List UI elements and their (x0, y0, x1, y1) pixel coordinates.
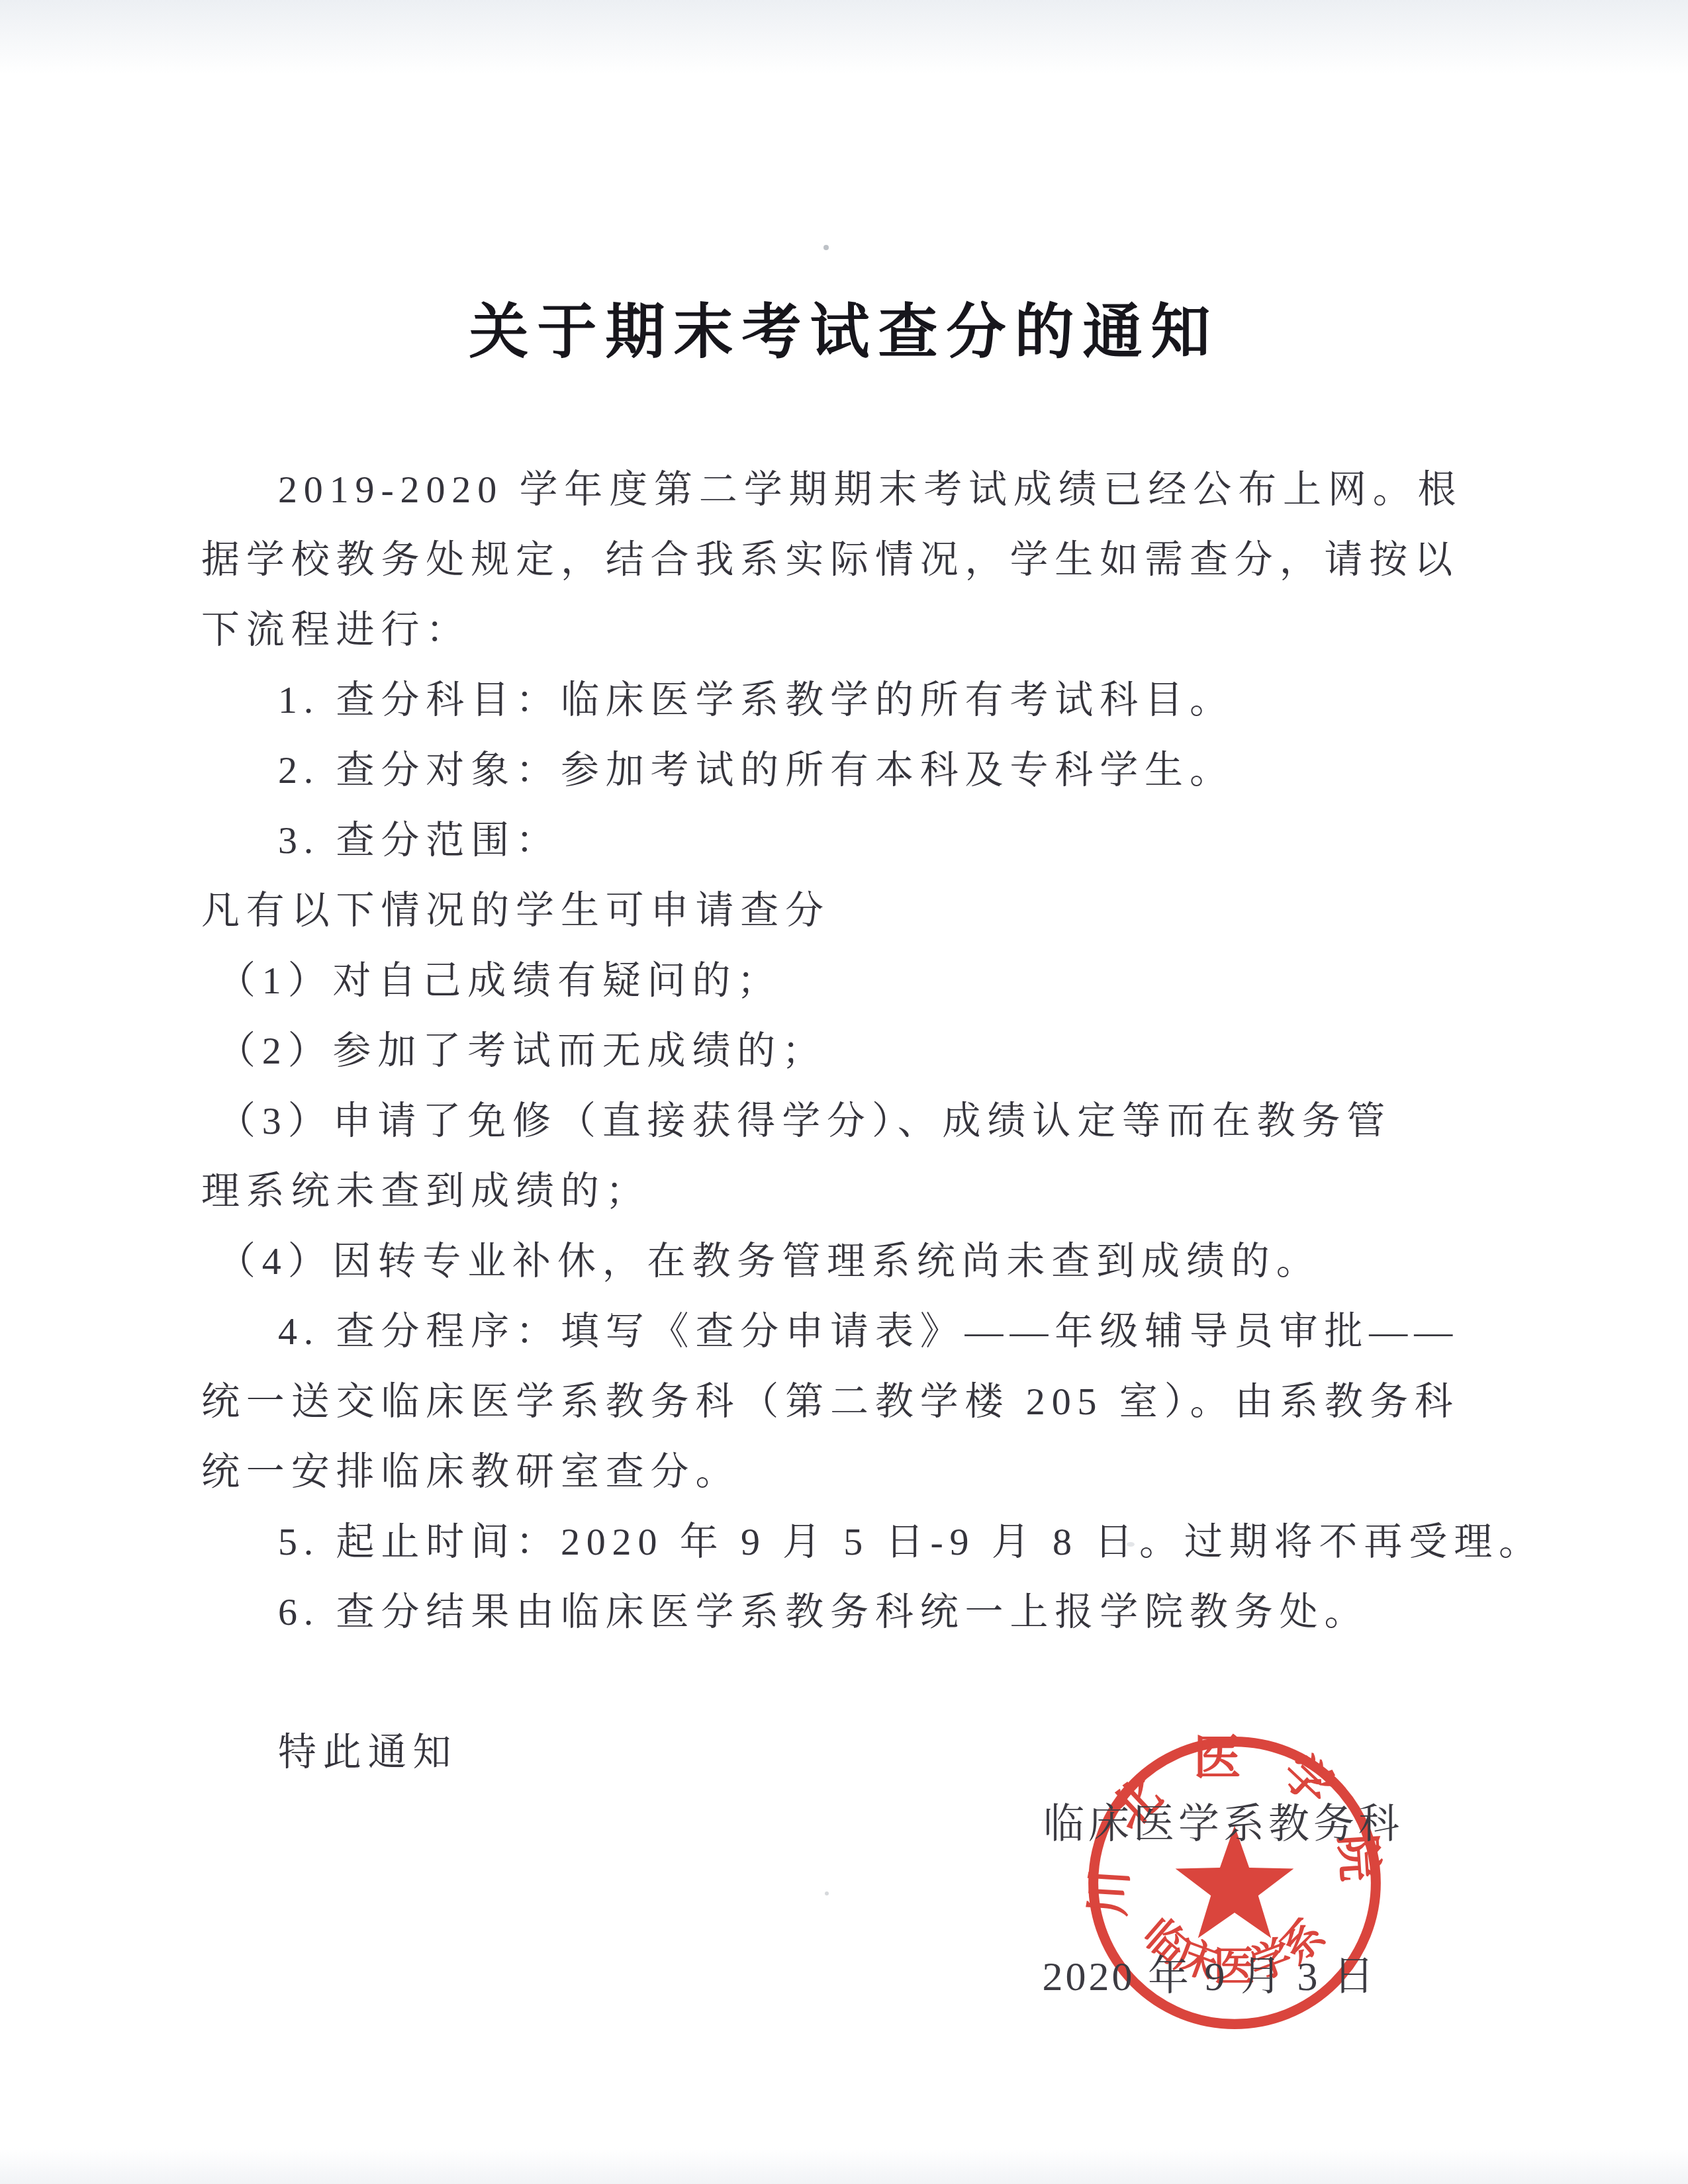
document-body: 2019-2020 学年度第二学期期末考试成绩已经公布上网。根 据学校教务处规定… (201, 455, 1501, 1788)
body-line: （3）申请了免修（直接获得学分）、成绩认定等而在教务管 (201, 1086, 1501, 1156)
body-line: 统一送交临床医学系教务科（第二教学楼 205 室）。由系教务科 (201, 1367, 1501, 1437)
scanned-notice-page: 关于期末考试查分的通知 2019-2020 学年度第二学期期末考试成绩已经公布上… (0, 0, 1688, 2184)
body-line: 3. 查分范围： (201, 805, 1501, 876)
body-line: 凡有以下情况的学生可申请查分 (201, 876, 1501, 946)
body-line: 1. 查分科目：临床医学系教学的所有考试科目。 (201, 665, 1501, 735)
signature-department: 临床医学系教务科 (1043, 1791, 1403, 1850)
body-line: 理系统未查到成绩的； (201, 1156, 1501, 1226)
scan-speck (825, 1891, 829, 1895)
body-line: 统一安排临床教研室查分。 (201, 1437, 1501, 1507)
body-line (201, 1647, 1501, 1717)
body-line: （4）因转专业补休，在教务管理系统尚未查到成绩的。 (201, 1226, 1501, 1297)
body-line: 2. 查分对象：参加考试的所有本科及专科学生。 (201, 735, 1501, 805)
body-line: 5. 起止时间：2020 年 9 月 5 日-9 月 8 日。过期将不再受理。 (201, 1507, 1501, 1577)
body-line: 下流程进行： (201, 595, 1501, 665)
body-line: （2）参加了考试而无成绩的； (201, 1016, 1501, 1086)
signature-date: 2020 年 9 月 3 日 (1042, 1943, 1377, 2002)
scan-speck (1127, 1542, 1135, 1547)
body-line: （1）对自己成绩有疑问的； (201, 946, 1501, 1016)
document-title: 关于期末考试查分的通知 (0, 0, 1688, 365)
scan-speck (823, 245, 829, 250)
body-line: 4. 查分程序：填写《查分申请表》——年级辅导员审批—— (201, 1297, 1501, 1367)
scan-noise-bottom (0, 2144, 1688, 2184)
body-line: 据学校教务处规定，结合我系实际情况，学生如需查分，请按以 (201, 525, 1501, 595)
body-line: 2019-2020 学年度第二学期期末考试成绩已经公布上网。根 (201, 455, 1501, 525)
body-line: 6. 查分结果由临床医学系教务科统一上报学院教务处。 (201, 1577, 1501, 1647)
